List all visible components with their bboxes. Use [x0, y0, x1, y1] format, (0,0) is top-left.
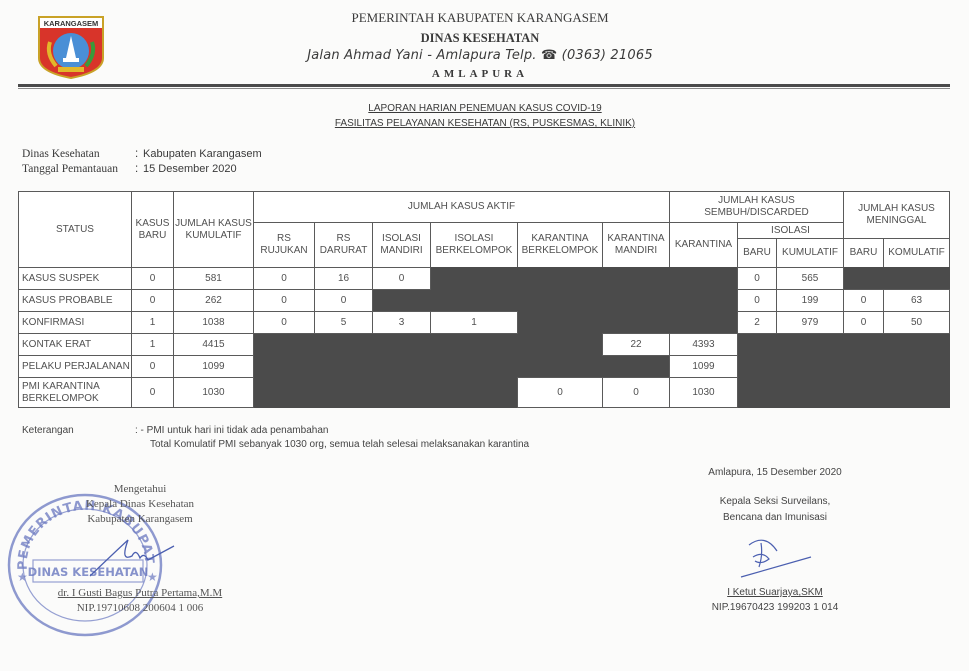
notes-label: Keterangan	[22, 425, 74, 436]
sig-right-name: I Ketut Suarjaya,SKM	[680, 587, 870, 598]
letterhead-agency: DINAS KESEHATAN	[250, 31, 710, 46]
table-cell-meninggal-kumulatif: 50	[883, 311, 950, 334]
table-cell-rs-darurat: 0	[314, 289, 373, 312]
letterhead-city: AMLAPURA	[250, 68, 710, 80]
header-jumlah-kumulatif: JUMLAH KASUS KUMULATIF	[173, 191, 254, 268]
table-cell-kumulatif: 1099	[173, 355, 254, 378]
header-isolasi-kumulatif: KUMULATIF	[776, 238, 844, 268]
header-kasus-meninggal: JUMLAH KASUS MENINGGAL	[843, 191, 950, 239]
notes-line-2: Total Komulatif PMI sebanyak 1030 org, s…	[150, 439, 529, 450]
table-cell-isolasi-kumulatif: 565	[776, 267, 844, 290]
header-isolasi-berkelompok: ISOLASI BERKELOMPOK	[430, 222, 518, 268]
table-cell-rs-darurat: 5	[314, 311, 373, 334]
report-title: LAPORAN HARIAN PENEMUAN KASUS COVID-19	[250, 103, 720, 114]
table-cell-kumulatif: 1030	[173, 377, 254, 408]
sig-left-line-1: Mengetahui	[40, 483, 240, 495]
header-isolasi-baru: BARU	[737, 238, 777, 268]
sig-left-name: dr. I Gusti Bagus Putra Pertama,M.M	[40, 587, 240, 599]
row-status-label: PELAKU PERJALANAN	[18, 355, 132, 378]
table-cell-isolasi-kumulatif: 199	[776, 289, 844, 312]
header-kasus-baru: KASUS BARU	[131, 191, 174, 268]
meta-label-agency: Dinas Kesehatan	[22, 148, 100, 160]
sig-right-line-2: Bencana dan Imunisasi	[680, 512, 870, 523]
karangasem-logo: KARANGASEM	[36, 14, 106, 80]
row-status-label: KONFIRMASI	[18, 311, 132, 334]
table-cell-meninggal-baru: 0	[843, 289, 884, 312]
table-cell-karantina-mandiri: 0	[602, 377, 670, 408]
meta-colon: :	[135, 163, 138, 175]
letterhead-divider	[18, 84, 950, 87]
table-cell-karantina-mandiri: 22	[602, 333, 670, 356]
table-cell-karantina: 4393	[669, 333, 738, 356]
table-cell-isolasi-berkelompok: 1	[430, 311, 518, 334]
header-meninggal-kumulatif: KOMULATIF	[883, 238, 950, 268]
report-subtitle: FASILITAS PELAYANAN KESEHATAN (RS, PUSKE…	[250, 118, 720, 129]
row-status-label: KASUS PROBABLE	[18, 289, 132, 312]
header-karantina: KARANTINA	[669, 222, 738, 268]
table-cell-isolasi-baru: 0	[737, 289, 777, 312]
header-status: STATUS	[18, 191, 132, 268]
header-kasus-sembuh: JUMLAH KASUS SEMBUH/DISCARDED	[669, 191, 844, 223]
header-rs-rujukan: RS RUJUKAN	[253, 222, 315, 268]
table-cell-kumulatif: 4415	[173, 333, 254, 356]
covid-case-table: STATUSKASUS BARUJUMLAH KASUS KUMULATIFJU…	[18, 191, 949, 407]
table-cell-karantina: 1030	[669, 377, 738, 408]
row-status-label: PMI KARANTINA BERKELOMPOK	[18, 377, 132, 408]
svg-text:KARANGASEM: KARANGASEM	[44, 19, 99, 28]
table-cell-kasus-baru: 0	[131, 289, 174, 312]
row-status-label: KONTAK ERAT	[18, 333, 132, 356]
sig-right-nip: NIP.19670423 199203 1 014	[680, 602, 870, 613]
sig-left-line-2: Kepala Dinas Kesehatan	[40, 498, 240, 510]
notes-line-1: : - PMI untuk hari ini tidak ada penamba…	[135, 425, 328, 436]
table-cell-isolasi-mandiri: 0	[372, 267, 431, 290]
table-cell-isolasi-mandiri: 3	[372, 311, 431, 334]
svg-text:★: ★	[17, 570, 28, 584]
table-cell-kasus-baru: 1	[131, 333, 174, 356]
table-cell-kumulatif: 1038	[173, 311, 254, 334]
table-cell-kumulatif: 262	[173, 289, 254, 312]
letterhead-address: Jalan Ahmad Yani - Amlapura Telp. ☎ (036…	[250, 48, 710, 63]
table-cell-kasus-baru: 1	[131, 311, 174, 334]
meta-value-agency: Kabupaten Karangasem	[143, 148, 262, 160]
table-cell-rs-darurat: 16	[314, 267, 373, 290]
table-cell-rs-rujukan: 0	[253, 311, 315, 334]
meta-value-date: 15 Desember 2020	[143, 163, 237, 175]
table-cell-kumulatif: 581	[173, 267, 254, 290]
sig-left-line-3: Kabupaten Karangasem	[40, 513, 240, 525]
header-isolasi: ISOLASI	[737, 222, 844, 239]
table-cell-rs-rujukan: 0	[253, 267, 315, 290]
meta-label-date: Tanggal Pemantauan	[22, 163, 118, 175]
sig-left-nip: NIP.19710608 200604 1 006	[40, 602, 240, 614]
sig-right-line-1: Kepala Seksi Surveilans,	[680, 496, 870, 507]
header-meninggal-baru: BARU	[843, 238, 884, 268]
header-karantina-berkelompok: KARANTINA BERKELOMPOK	[517, 222, 603, 268]
table-cell-karantina-berkelompok: 0	[517, 377, 603, 408]
table-cell-isolasi-baru: 0	[737, 267, 777, 290]
header-isolasi-mandiri: ISOLASI MANDIRI	[372, 222, 431, 268]
table-cell-rs-rujukan: 0	[253, 289, 315, 312]
letterhead-divider-thin	[18, 88, 950, 89]
table-cell-isolasi-baru: 2	[737, 311, 777, 334]
letterhead-government: PEMERINTAH KABUPATEN KARANGASEM	[250, 10, 710, 26]
sig-right-place-date: Amlapura, 15 Desember 2020	[680, 467, 870, 478]
meta-colon: :	[135, 148, 138, 160]
signature-left-scribble	[70, 532, 180, 587]
table-cell-kasus-baru: 0	[131, 267, 174, 290]
table-cell-karantina: 1099	[669, 355, 738, 378]
table-cell-meninggal-baru: 0	[843, 311, 884, 334]
header-rs-darurat: RS DARURAT	[314, 222, 373, 268]
header-karantina-mandiri: KARANTINA MANDIRI	[602, 222, 670, 268]
table-cell-kasus-baru: 0	[131, 377, 174, 408]
signature-right-scribble	[735, 533, 815, 586]
row-status-label: KASUS SUSPEK	[18, 267, 132, 290]
table-cell-meninggal-kumulatif: 63	[883, 289, 950, 312]
table-cell-isolasi-kumulatif: 979	[776, 311, 844, 334]
header-kasus-aktif: JUMLAH KASUS AKTIF	[253, 191, 670, 223]
table-cell-kasus-baru: 0	[131, 355, 174, 378]
